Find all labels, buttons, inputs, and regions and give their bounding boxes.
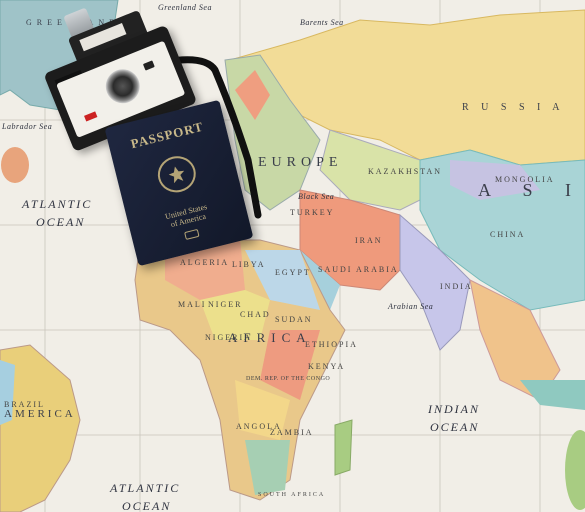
map-photo: GREENLAND Greenland Sea Barents Sea Labr… <box>0 0 585 512</box>
biometric-chip-icon <box>184 229 200 240</box>
brand-badge <box>84 111 97 121</box>
eagle-seal-icon <box>154 152 200 196</box>
camera-lens-icon <box>101 64 145 108</box>
light-sensor <box>143 60 155 70</box>
